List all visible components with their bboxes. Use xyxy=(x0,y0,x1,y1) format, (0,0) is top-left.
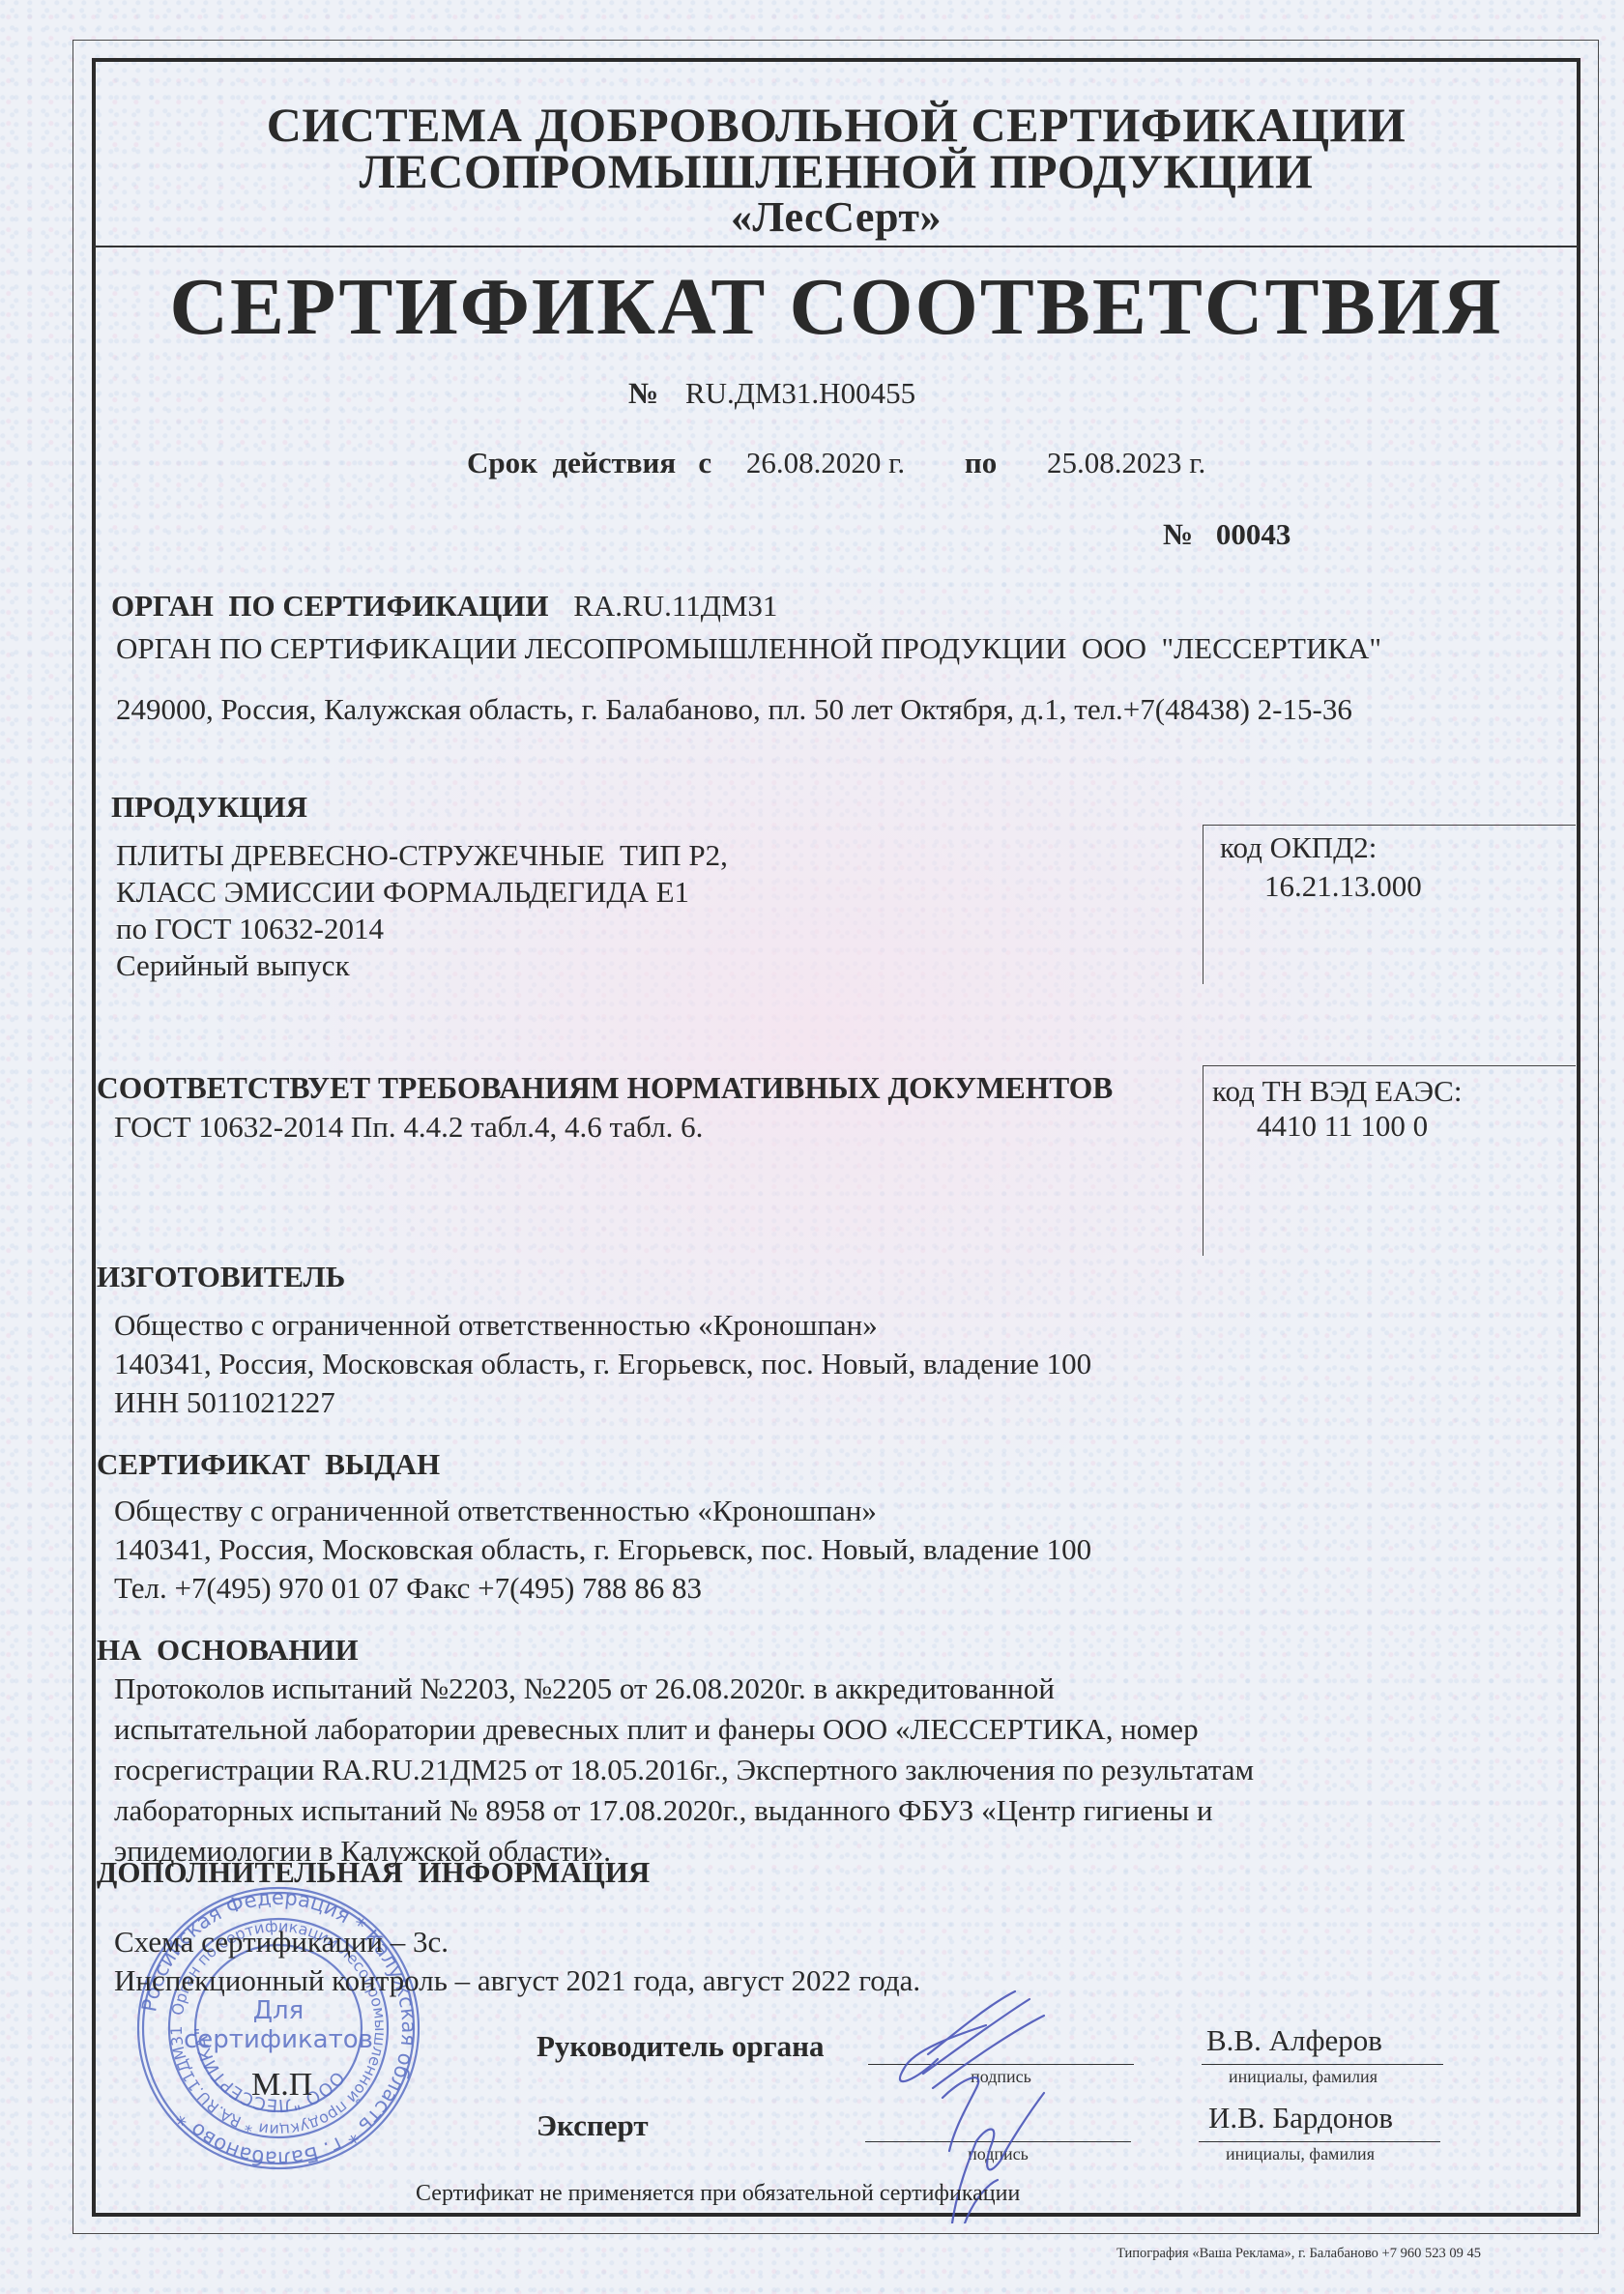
product-line: ПЛИТЫ ДРЕВЕСНО-СТРУЖЕЧНЫЕ ТИП Р2, xyxy=(116,837,728,874)
validity-label: Срок действия с xyxy=(467,446,711,479)
form-number-sign: № xyxy=(1163,517,1193,551)
head-name: В.В. Алферов xyxy=(1206,2022,1382,2059)
head-name-caption: инициалы, фамилия xyxy=(1202,2067,1405,2086)
additional-info-line: Инспекционный контроль – август 2021 год… xyxy=(114,1962,920,1999)
basis-heading: НА ОСНОВАНИИ xyxy=(97,1632,359,1669)
manufacturer-line: 140341, Россия, Московская область, г. Е… xyxy=(114,1346,1091,1382)
valid-to-date: 25.08.2023 г. xyxy=(1047,446,1205,479)
validity-to-label: по xyxy=(965,446,997,479)
manufacturer-line: ИНН 5011021227 xyxy=(114,1384,335,1421)
basis-line: госрегистрации RA.RU.21ДМ25 от 18.05.201… xyxy=(114,1752,1254,1788)
expert-signature-caption: подпись xyxy=(865,2144,1131,2163)
expert-signature-line xyxy=(865,2141,1131,2142)
expert-name: И.В. Бардонов xyxy=(1208,2100,1393,2136)
head-signature-line xyxy=(868,2064,1134,2065)
form-number-row: № 00043 xyxy=(1163,516,1290,553)
compliance-heading: СООТВЕТСТВУЕТ ТРЕБОВАНИЯМ НОРМАТИВНЫХ ДО… xyxy=(97,1070,1113,1107)
basis-line: лабораторных испытаний № 8958 от 17.08.2… xyxy=(114,1792,1213,1829)
basis-line: Протоколов испытаний №2203, №2205 от 26.… xyxy=(114,1670,1055,1707)
form-number: 00043 xyxy=(1216,517,1291,551)
head-signature-caption: подпись xyxy=(868,2067,1134,2086)
tnved-label: код ТН ВЭД ЕАЭС: xyxy=(1212,1073,1462,1110)
accreditation-number: RA.RU.11ДМ31 xyxy=(573,589,777,623)
expert-name-line xyxy=(1199,2141,1440,2142)
issued-to-line: Обществу с ограниченной ответственностью… xyxy=(114,1493,877,1529)
certification-body-heading-row: ОРГАН ПО СЕРТИФИКАЦИИ RA.RU.11ДМ31 xyxy=(111,588,777,624)
product-line: по ГОСТ 10632-2014 xyxy=(116,911,384,947)
registration-number: RU.ДМ31.Н00455 xyxy=(685,376,915,410)
valid-from-date: 26.08.2020 г. xyxy=(746,446,905,479)
head-of-body-label: Руководитель органа xyxy=(536,2028,825,2065)
registration-number-row: № RU.ДМ31.Н00455 xyxy=(628,375,915,412)
printer-credit: Типография «Ваша Реклама», г. Балабаново… xyxy=(1116,2245,1481,2262)
svg-text:Для: Для xyxy=(253,1996,304,2025)
product-line: КЛАСС ЭМИССИИ ФОРМАЛЬДЕГИДА Е1 xyxy=(116,874,689,911)
expert-name-caption: инициалы, фамилия xyxy=(1199,2144,1402,2163)
expert-label: Эксперт xyxy=(536,2107,649,2144)
certification-body-name: ОРГАН ПО СЕРТИФИКАЦИИ ЛЕСОПРОМЫШЛЕННОЙ П… xyxy=(116,630,1381,667)
tnved-value: 4410 11 100 0 xyxy=(1257,1108,1428,1145)
header-divider xyxy=(94,246,1579,247)
system-name: «ЛесСерт» xyxy=(94,189,1579,246)
issued-to-line: 140341, Россия, Московская область, г. Е… xyxy=(114,1531,1091,1568)
certification-body-address: 249000, Россия, Калужская область, г. Ба… xyxy=(116,691,1352,728)
additional-info-line: Схема сертификации – 3с. xyxy=(114,1924,449,1960)
okpd2-value: 16.21.13.000 xyxy=(1264,868,1422,905)
compliance-documents: ГОСТ 10632-2014 Пп. 4.4.2 табл.4, 4.6 та… xyxy=(114,1109,703,1146)
basis-line: испытательной лаборатории древесных плит… xyxy=(114,1711,1199,1748)
svg-text:сертификатов: сертификатов xyxy=(184,2025,373,2054)
okpd2-label: код ОКПД2: xyxy=(1220,829,1377,866)
disclaimer-text: Сертификат не применяется при обязательн… xyxy=(416,2180,1020,2207)
issued-to-heading: СЕРТИФИКАТ ВЫДАН xyxy=(97,1446,440,1483)
product-line: Серийный выпуск xyxy=(116,947,350,984)
product-heading: ПРОДУКЦИЯ xyxy=(111,789,307,826)
stamp-place-label: М.П xyxy=(251,2067,312,2104)
manufacturer-line: Общество с ограниченной ответственностью… xyxy=(114,1307,878,1344)
validity-row: Срок действия с 26.08.2020 г. по 25.08.2… xyxy=(467,445,1205,481)
manufacturer-heading: ИЗГОТОВИТЕЛЬ xyxy=(97,1259,345,1295)
issued-to-line: Тел. +7(495) 970 01 07 Факс +7(495) 788 … xyxy=(114,1570,702,1607)
number-sign: № xyxy=(628,376,658,410)
head-name-line xyxy=(1202,2064,1443,2065)
certificate-title: СЕРТИФИКАТ СООТВЕТСТВИЯ xyxy=(94,259,1579,356)
certification-body-heading: ОРГАН ПО СЕРТИФИКАЦИИ xyxy=(111,589,548,623)
